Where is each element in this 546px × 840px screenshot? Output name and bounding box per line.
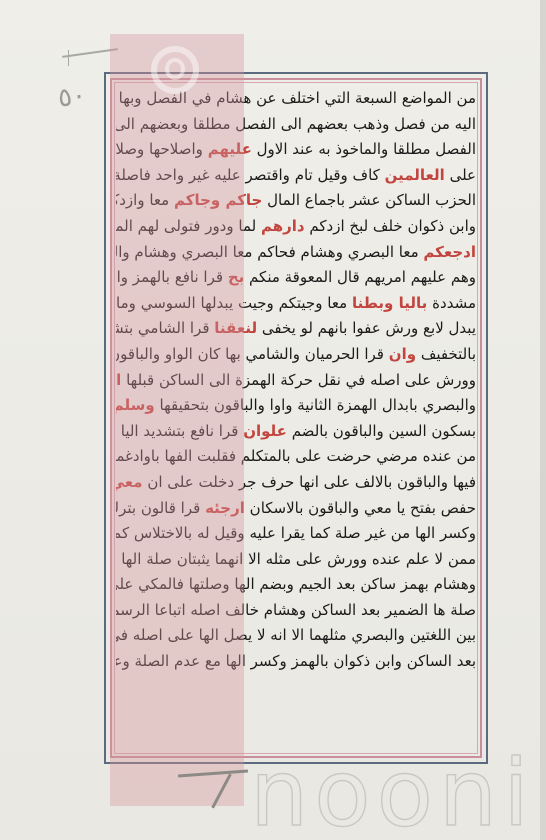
folio-number: ٥٠: [56, 80, 88, 114]
line-segment: على: [450, 166, 476, 184]
line-segment: حفص بفتح يا معي والباقون بالاسكان: [250, 499, 476, 517]
watermark-logo-inner-icon: [165, 58, 185, 80]
line-segment: بالتخفيف: [421, 345, 476, 363]
line-segment: مشددة: [432, 294, 476, 312]
rubric-word: ادجعكم: [423, 243, 476, 261]
line-segment: وهم عليهم امريهم قال المعوقة منكم: [249, 268, 476, 286]
watermark-band: [110, 34, 244, 806]
line-segment: الحزب الساكن عشر باجماع المال: [267, 191, 476, 209]
rubric-word: العالمين: [385, 166, 445, 184]
line-segment: الفصل مطلقا والماخوذ به عند الاول: [257, 140, 476, 158]
line-segment: بسكون السين والباقون بالضم: [292, 422, 476, 440]
manuscript-page: ٥٠ من المواضع السبعة التي اختلف عن هشام …: [0, 0, 546, 840]
folio-mark-tick: [68, 50, 69, 66]
rubric-word: علوان: [243, 422, 287, 440]
rubric-word: دارهم: [261, 217, 305, 235]
page-edge: [540, 0, 546, 840]
line-segment: وابن ذكوان خلف لبخ ازدكم: [309, 217, 476, 235]
rubric-word: وان: [389, 345, 416, 363]
watermark-logo-text: nooni: [250, 748, 535, 840]
rubric-word: باليا وبطنا: [352, 294, 427, 312]
line-segment: يبدل لابع ورش عفوا بانهم لو يخفى: [262, 319, 476, 337]
